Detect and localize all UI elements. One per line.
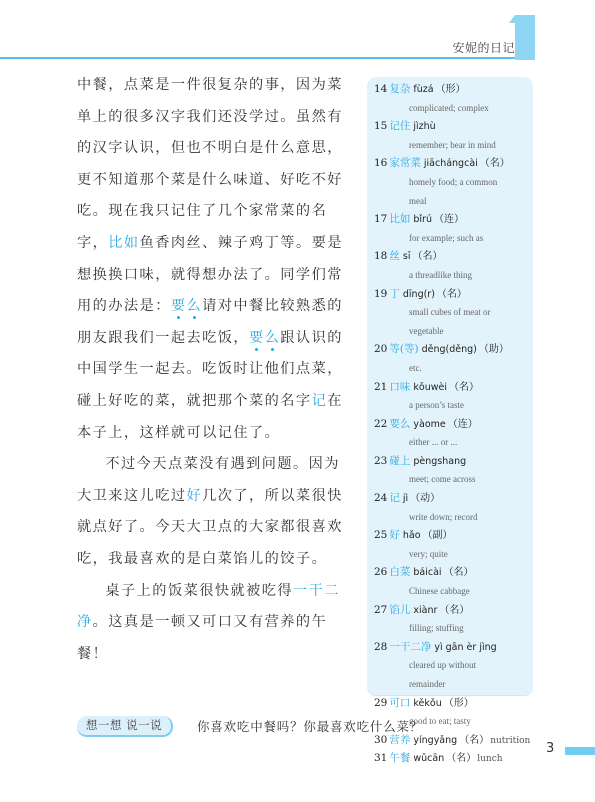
vocab-item: 23碰上pèngshangmeet; come across <box>374 452 532 489</box>
vocab-part-of-speech: （副） <box>423 530 453 541</box>
vocab-headword-line: 17比如bǐrú（连） <box>374 210 532 229</box>
vocab-definition: very; quite <box>374 545 532 564</box>
vocab-number: 31 <box>374 752 387 764</box>
vocab-part-of-speech: （形） <box>444 698 474 709</box>
vocab-part-of-speech: （连） <box>434 214 464 225</box>
vocab-item: 28一干二净yì gān èr jìngcleared up withoutre… <box>374 638 532 694</box>
vocab-definition: meet; come across <box>374 470 532 489</box>
vocab-word: 要么 <box>389 418 410 430</box>
vocab-item: 27馅儿xiànr（名）filling; stuffing <box>374 601 532 638</box>
page-bar <box>565 747 595 755</box>
page-number: 3 <box>546 741 554 756</box>
vocab-headword-line: 31午餐wǔcān（名）lunch <box>374 749 532 768</box>
dot-char: 么 <box>186 298 202 314</box>
vocab-definition: filling; stuffing <box>374 619 532 638</box>
dot-char: 要 <box>249 330 265 346</box>
vocab-headword-line: 15记住jìzhù <box>374 117 532 136</box>
vocab-number: 18 <box>374 250 387 262</box>
vocab-number: 27 <box>374 604 387 616</box>
vocab-word: 碰上 <box>389 455 410 467</box>
dot-char: 要 <box>171 298 187 314</box>
vocab-highlight: 比如 <box>108 235 139 251</box>
paragraph-1: 中餐，点菜是一件很复杂的事，因为菜单上的很多汉字我们还没学过。虽然有的汉字认识，… <box>77 70 351 449</box>
vocab-word: 丁 <box>389 288 400 300</box>
vocab-word: 好 <box>389 529 400 541</box>
vocab-item: 17比如bǐrú（连）for example; such as <box>374 210 532 247</box>
vocab-pinyin: kěkǒu <box>413 698 441 709</box>
vocab-definition: lunch <box>477 754 502 764</box>
vocab-headword-line: 26白菜báicài（名） <box>374 563 532 582</box>
vocab-number: 20 <box>374 343 387 355</box>
vocab-headword-line: 24记jì（动） <box>374 489 532 508</box>
vocab-definition: remember; bear in mind <box>374 136 532 155</box>
vocab-headword-line: 19丁dīng(r)（名） <box>374 285 532 304</box>
vocab-item: 22要么yàome（连）either ... or ... <box>374 415 532 452</box>
vocab-pinyin: děng(děng) <box>422 344 477 355</box>
vocab-headword-line: 29可口kěkǒu（形） <box>374 694 532 713</box>
vocab-highlight: 记 <box>312 393 328 409</box>
vocab-part-of-speech: （名） <box>439 605 469 616</box>
vocab-pinyin: pèngshang <box>413 456 466 467</box>
vocab-headword-line: 27馅儿xiànr（名） <box>374 601 532 620</box>
vocab-pinyin: kǒuwèi <box>413 382 447 393</box>
vocab-pinyin: yì gān èr jìng <box>434 642 496 653</box>
header-title: 安妮的日记 <box>452 39 515 56</box>
vocab-pinyin: xiànr <box>413 605 437 616</box>
vocab-headword-line: 21口味kǒuwèi（名） <box>374 378 532 397</box>
vocab-item: 19丁dīng(r)（名）small cubes of meat orveget… <box>374 285 532 341</box>
vocab-item: 24记jì（动）write down; record <box>374 489 532 526</box>
vocab-item: 16家常菜jiāchángcài（名）homely food; a common… <box>374 154 532 210</box>
header-rule <box>0 57 527 59</box>
vocab-word: 口味 <box>389 381 410 393</box>
vocab-number: 29 <box>374 697 387 709</box>
vocab-number: 15 <box>374 120 387 132</box>
vocab-pinyin: sī <box>403 251 411 262</box>
vocab-word: 复杂 <box>389 83 410 95</box>
paragraph-3: 桌子上的饭菜很快就被吃得一干二净。这真是一顿又可口又有营养的午餐！ <box>77 576 351 671</box>
vocab-definition: a person’s taste <box>374 396 532 415</box>
vocab-definition: either ... or ... <box>374 433 532 452</box>
vocab-headword-line: 18丝sī（名） <box>374 247 532 266</box>
vocab-number: 19 <box>374 288 387 300</box>
dot-char: 么 <box>265 330 281 346</box>
vocab-word: 等(等) <box>389 343 418 355</box>
vocab-part-of-speech: （形） <box>436 84 466 95</box>
vocab-highlight-dotted: 要么 <box>249 330 280 346</box>
chapter-number: 1 <box>515 15 535 60</box>
vocab-item: 14复杂fùzá（形）complicated; complex <box>374 80 532 117</box>
vocab-word: 馅儿 <box>389 604 410 616</box>
vocab-part-of-speech: （名） <box>437 289 467 300</box>
vocab-number: 23 <box>374 455 387 467</box>
vocab-definition: homely food; a common <box>374 173 532 192</box>
vocab-definition: etc. <box>374 359 532 378</box>
vocab-part-of-speech: （名） <box>459 735 489 746</box>
vocab-item: 21口味kǒuwèi（名）a person’s taste <box>374 378 532 415</box>
vocab-part-of-speech: （助） <box>479 344 509 355</box>
vocab-word: 可口 <box>389 697 410 709</box>
vocab-pinyin: jì <box>403 493 408 504</box>
vocab-part-of-speech: （动） <box>410 493 440 504</box>
discussion-question: 你喜欢吃中餐吗？你最喜欢吃什么菜？ <box>197 717 423 737</box>
vocab-number: 17 <box>374 213 387 225</box>
vocab-word: 丝 <box>389 250 400 262</box>
vocab-pinyin: hǎo <box>403 530 421 541</box>
vocab-highlight-dotted: 要么 <box>171 298 202 314</box>
text-segment: 中餐，点菜是一件很复杂的事，因为菜单上的很多汉字我们还没学过。虽然有的汉字认识，… <box>77 77 343 251</box>
vocab-pinyin: jiāchángcài <box>424 158 478 169</box>
vocab-item: 26白菜báicài（名）Chinese cabbage <box>374 563 532 600</box>
vocab-part-of-speech: （名） <box>449 382 479 393</box>
vocab-item: 25好hǎo（副）very; quite <box>374 526 532 563</box>
vocab-word: 比如 <box>389 213 410 225</box>
vocab-item: 20等(等)děng(děng)（助）etc. <box>374 340 532 377</box>
vocab-pinyin: dīng(r) <box>403 289 435 300</box>
paragraph-2: 不过今天点菜没有遇到问题。因为大卫来这儿吃过好几次了，所以菜很快就点好了。今天大… <box>77 449 351 575</box>
vocab-headword-line: 23碰上pèngshang <box>374 452 532 471</box>
vocab-definition: Chinese cabbage <box>374 582 532 601</box>
vocab-word: 午餐 <box>389 752 410 764</box>
vocab-definition: write down; record <box>374 508 532 527</box>
vocab-number: 21 <box>374 381 387 393</box>
vocab-definition: small cubes of meat or <box>374 303 532 322</box>
vocab-definition: meal <box>374 192 532 211</box>
text-segment: 。这真是一顿又可口又有营养的午餐！ <box>77 614 327 662</box>
vocab-headword-line: 25好hǎo（副） <box>374 526 532 545</box>
vocab-word: 白菜 <box>389 566 410 578</box>
chapter-tab: 1 <box>515 15 535 60</box>
vocab-number: 26 <box>374 566 387 578</box>
vocab-word: 记 <box>389 492 400 504</box>
vocabulary-box: 14复杂fùzá（形）complicated; complex15记住jìzhù… <box>367 77 533 695</box>
vocab-word: 家常菜 <box>389 157 421 169</box>
vocab-headword-line: 28一干二净yì gān èr jìng <box>374 638 532 657</box>
vocab-pinyin: fùzá <box>413 84 433 95</box>
think-and-speak-label: 想一想 说一说 <box>77 716 173 737</box>
vocab-item: 31午餐wǔcān（名）lunch <box>374 749 532 768</box>
vocab-part-of-speech: （名） <box>444 567 474 578</box>
vocab-pinyin: báicài <box>413 567 441 578</box>
vocab-definition: nutrition <box>490 736 530 746</box>
vocab-headword-line: 20等(等)děng(děng)（助） <box>374 340 532 359</box>
vocab-pinyin: yàome <box>413 419 445 430</box>
vocab-pinyin: bǐrú <box>413 214 432 225</box>
vocab-definition: cleared up without <box>374 656 532 675</box>
vocab-word: 记住 <box>389 120 410 132</box>
vocab-number: 25 <box>374 529 387 541</box>
vocab-item: 15记住jìzhùremember; bear in mind <box>374 117 532 154</box>
vocab-pinyin: jìzhù <box>413 121 435 132</box>
vocab-definition: remainder <box>374 675 532 694</box>
vocab-headword-line: 16家常菜jiāchángcài（名） <box>374 154 532 173</box>
vocab-part-of-speech: （名） <box>480 158 510 169</box>
vocab-highlight: 好 <box>186 488 202 504</box>
vocab-number: 28 <box>374 641 387 653</box>
vocab-definition: for example; such as <box>374 229 532 248</box>
vocab-number: 22 <box>374 418 387 430</box>
vocab-item: 18丝sī（名）a threadlike thing <box>374 247 532 284</box>
vocab-word: 一干二净 <box>389 641 431 653</box>
vocab-pinyin: wǔcān <box>413 753 444 764</box>
vocab-part-of-speech: （名） <box>446 753 476 764</box>
vocab-part-of-speech: （名） <box>412 251 442 262</box>
vocab-number: 16 <box>374 157 387 169</box>
vocab-number: 14 <box>374 83 387 95</box>
vocab-definition: vegetable <box>374 322 532 341</box>
vocab-part-of-speech: （连） <box>448 419 478 430</box>
vocab-headword-line: 14复杂fùzá（形） <box>374 80 532 99</box>
vocab-number: 24 <box>374 492 387 504</box>
vocab-definition: complicated; complex <box>374 99 532 118</box>
vocab-headword-line: 22要么yàome（连） <box>374 415 532 434</box>
vocab-definition: a threadlike thing <box>374 266 532 285</box>
main-text: 中餐，点菜是一件很复杂的事，因为菜单上的很多汉字我们还没学过。虽然有的汉字认识，… <box>77 70 351 670</box>
vocabulary-list: 14复杂fùzá（形）complicated; complex15记住jìzhù… <box>374 80 532 768</box>
text-segment: 桌子上的饭菜很快就被吃得 <box>105 583 293 599</box>
